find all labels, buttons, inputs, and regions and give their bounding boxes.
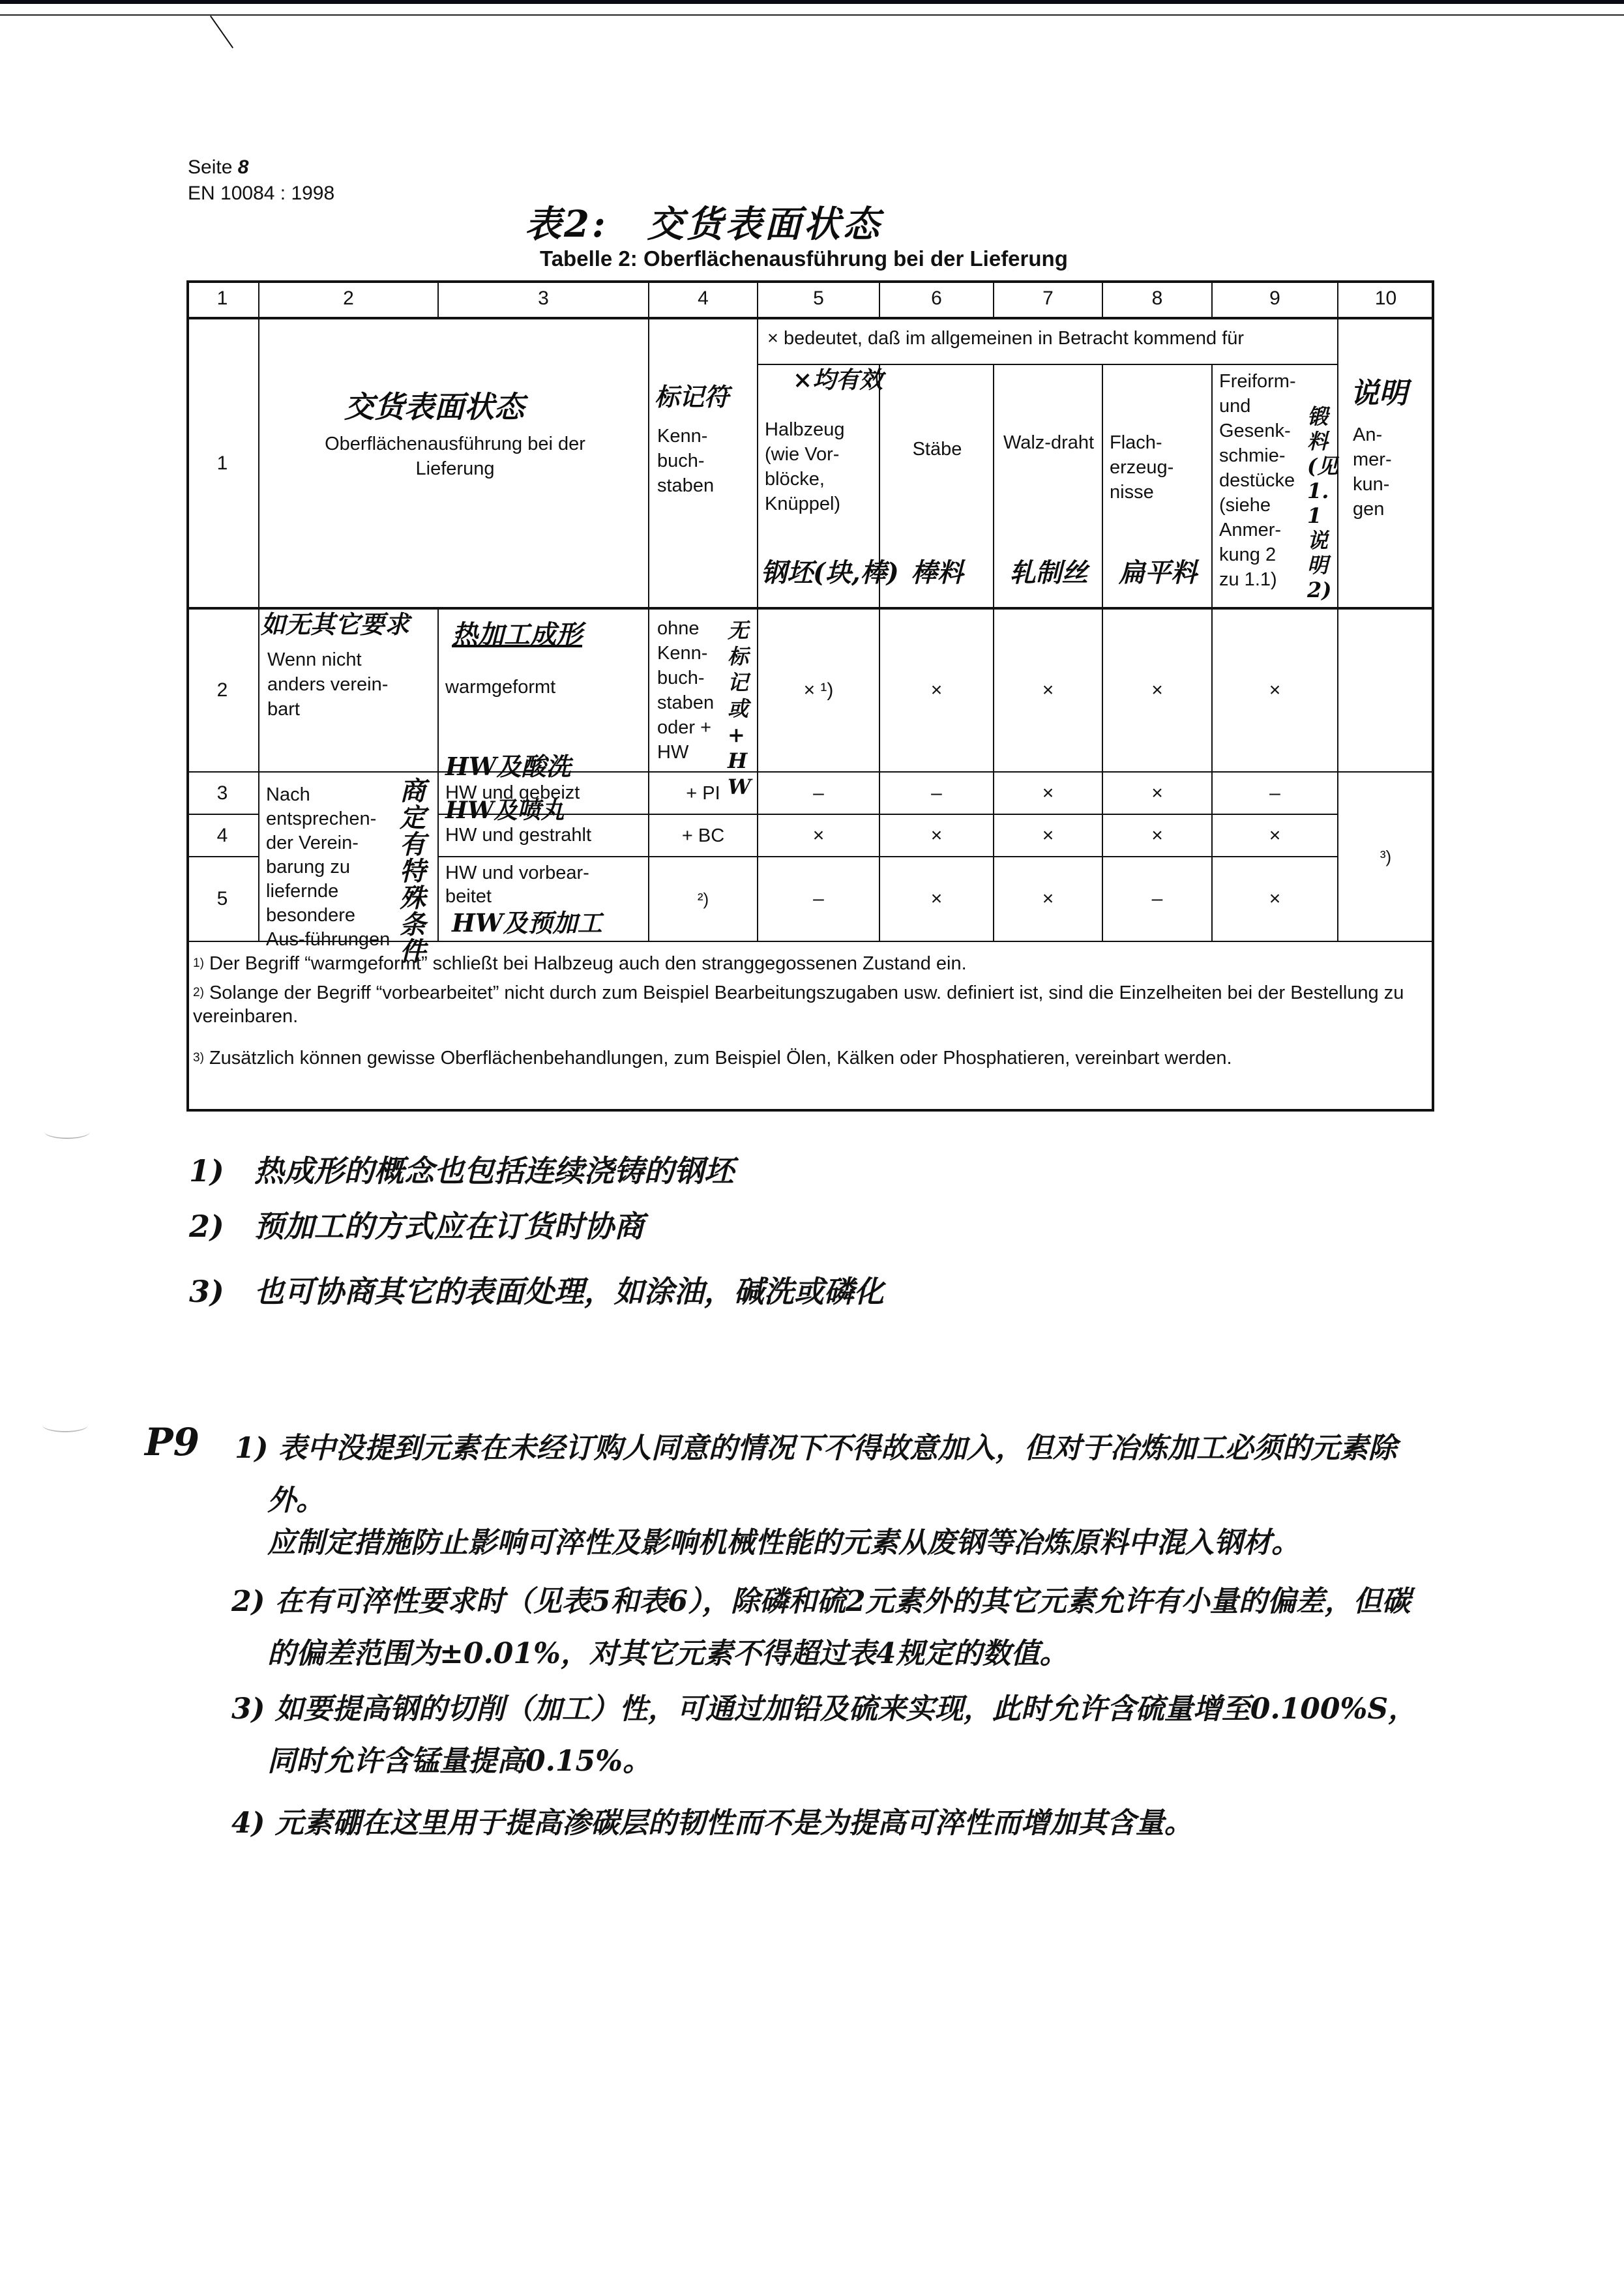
product-name-cn: 钢坯(块,棒)	[761, 561, 878, 585]
applicability-mark: –	[1103, 857, 1213, 942]
row-number: 4	[186, 815, 259, 857]
applicability-mark: ×	[994, 773, 1103, 815]
applicability-mark: ×	[1103, 815, 1213, 857]
product-name-de: Halbzeug (wie Vor-blöcke, Knüppel)	[765, 417, 874, 516]
footnote: 2) Solange der Begriff “vorbearbeitet” n…	[193, 981, 1425, 1028]
column-number: 2	[259, 280, 439, 319]
surface-cn: HW及预加工	[452, 911, 602, 936]
symbol-bc: + BC	[649, 815, 758, 857]
symbol-de: ohne Kenn-buch-staben oder + HW	[657, 616, 729, 765]
p9-note: 2) 在有可淬性要求时（见表5和表6），除磷和硫2元素外的其它元素允许有小量的偏…	[231, 1578, 1411, 1619]
product-header: Walz-draht轧制丝	[994, 365, 1103, 610]
row-number: 2	[186, 610, 259, 773]
table-title: Tabelle 2: Oberflächenausführung bei der…	[540, 246, 1068, 271]
header-remarks: 说明 An-mer-kun-gen	[1338, 319, 1434, 610]
surface-de: HW und vorbear-beitet	[445, 861, 595, 908]
applicability-mark: ×	[880, 610, 994, 773]
column-number: 1	[186, 280, 259, 319]
p9-note: 应制定措施防止影响可淬性及影响机械性能的元素从废钢等冶炼原料中混入钢材。	[267, 1519, 1300, 1561]
condition-default-de: Wenn nicht anders verein-bart	[267, 647, 404, 722]
header-surface-finish: 交货表面状态 Oberflächenausführung bei der Lie…	[259, 319, 649, 610]
punch-hole-mark	[42, 1418, 88, 1432]
product-name-de: Stäbe	[887, 437, 988, 462]
header-remarks-cn: 说明	[1350, 381, 1408, 406]
condition-special: Nach entsprechen-der Verein-barung zu li…	[259, 773, 439, 942]
standard-id: EN 10084 : 1998	[188, 183, 334, 205]
applicability-mark: –	[1213, 773, 1338, 815]
header-surface-de: Oberflächenausführung bei der Lieferung	[318, 432, 592, 481]
footnote-text: Solange der Begriff “vorbearbeitet” nich…	[193, 982, 1404, 1027]
condition-special-de: Nach entsprechen-der Verein-barung zu li…	[266, 783, 396, 952]
column-number: 8	[1103, 280, 1213, 319]
product-header: Halbzeug (wie Vor-blöcke, Knüppel)钢坯(块,棒…	[758, 365, 880, 610]
condition-special-cn: 商定有特殊条件	[400, 778, 430, 965]
header-symbol-de: Kenn-buch-staben	[657, 424, 729, 498]
table-title-cn: 表2: 交货表面状态	[525, 196, 882, 248]
product-header: Freiform- und Gesenk-schmie-destücke (si…	[1213, 365, 1338, 610]
remarks-footnote-3: ³)	[1338, 773, 1434, 942]
applicability-mark: ×	[758, 815, 880, 857]
row-number: 1	[186, 319, 259, 610]
surface-condition-table: 12345678910 1 交货表面状态 Oberflächenausführu…	[186, 280, 1434, 1112]
column-number: 10	[1338, 280, 1434, 319]
page-number-value: 8	[238, 156, 249, 178]
applicability-mark: ×	[1103, 610, 1213, 773]
remarks-empty	[1338, 610, 1434, 773]
page-number: Seite 8	[188, 156, 248, 179]
x-legend: × bedeutet, daß im allgemeinen in Betrac…	[758, 319, 1338, 365]
column-number: 4	[649, 280, 758, 319]
row-number: 3	[186, 773, 259, 815]
applicability-mark: ×	[994, 857, 1103, 942]
applicability-mark: –	[758, 773, 880, 815]
footnote-mark: 2)	[193, 986, 204, 999]
applicability-mark: × ¹)	[758, 610, 880, 773]
product-name-cn: 锻料(见1.1说明2)	[1307, 404, 1333, 602]
p9-note: 的偏差范围为±0.01%，对其它元素不得超过表4规定的数值。	[267, 1630, 1068, 1672]
scan-scratch-mark	[210, 16, 233, 48]
footnote-text: Der Begriff “warmgeformt” schließt bei H…	[204, 953, 967, 974]
applicability-mark: –	[758, 857, 880, 942]
applicability-mark: ×	[880, 857, 994, 942]
condition-default: 如无其它要求 Wenn nicht anders verein-bart	[259, 610, 439, 773]
p9-note: 外。	[267, 1477, 325, 1518]
surface-blasted: HW及喷丸 HW und gestrahlt	[439, 815, 649, 857]
condition-default-cn: 如无其它要求	[261, 612, 409, 637]
product-name-de: Flach-erzeug-nisse	[1110, 430, 1206, 505]
product-name-cn: 扁平料	[1106, 561, 1210, 585]
page-ref-p9: P9	[145, 1420, 199, 1464]
footnote-mark: 3)	[193, 1051, 204, 1065]
product-name-cn: 轧制丝	[997, 561, 1100, 585]
header-surface-cn: 交货表面状态	[344, 394, 524, 419]
handwritten-note: 1) 热成形的概念也包括连续浇铸的钢坯	[189, 1147, 734, 1190]
column-number: 6	[880, 280, 994, 319]
p9-note: 3) 如要提高钢的切削（加工）性，可通过加铅及硫来实现，此时允许含硫量增至0.1…	[231, 1685, 1417, 1727]
product-name-de: Walz-draht	[1001, 430, 1097, 455]
surface-cn: HW及酸洗	[445, 754, 571, 779]
footnote: 3) Zusätzlich können gewisse Oberflächen…	[193, 1046, 1425, 1070]
column-number: 9	[1213, 280, 1338, 319]
column-number: 7	[994, 280, 1103, 319]
p9-note: 1) 表中没提到元素在未经订购人同意的情况下不得故意加入，但对于冶炼加工必须的元…	[235, 1424, 1397, 1466]
handwritten-note: 3) 也可协商其它的表面处理，如涂油，碱洗或磷化	[189, 1268, 884, 1311]
header-symbol-cn: 标记符	[655, 385, 729, 409]
product-name-cn: 棒料	[883, 561, 992, 585]
column-number: 5	[758, 280, 880, 319]
surface-cn: 热加工成形	[452, 623, 582, 647]
applicability-mark: ×	[1213, 610, 1338, 773]
applicability-mark: –	[880, 773, 994, 815]
applicability-mark: ×	[1103, 773, 1213, 815]
applicability-mark: ×	[994, 610, 1103, 773]
product-header: Flach-erzeug-nisse扁平料	[1103, 365, 1213, 610]
surface-de: warmgeformt	[445, 675, 555, 700]
column-number: 3	[439, 280, 649, 319]
surface-warmgeformt: 热加工成形 warmgeformt	[439, 610, 649, 773]
scan-top-edge	[0, 0, 1624, 16]
handwritten-note: 2) 预加工的方式应在订货时协商	[189, 1203, 644, 1246]
surface-premachined: HW und vorbear-beitet HW及预加工	[439, 857, 649, 942]
applicability-mark: ×	[880, 815, 994, 857]
header-remarks-de: An-mer-kun-gen	[1353, 422, 1398, 522]
punch-hole-mark	[44, 1125, 90, 1139]
applicability-mark: ×	[994, 815, 1103, 857]
product-name-de: Freiform- und Gesenk-schmie-destücke (si…	[1219, 369, 1297, 592]
product-header: Stäbe棒料	[880, 365, 994, 610]
surface-de: HW und gestrahlt	[445, 823, 591, 848]
symbol-footnote-2: ²)	[649, 857, 758, 942]
applicability-mark: ×	[1213, 857, 1338, 942]
row-number: 5	[186, 857, 259, 942]
footnote-text: Zusätzlich können gewisse Oberflächenbeh…	[204, 1048, 1232, 1069]
header-symbol: 标记符 Kenn-buch-staben	[649, 319, 758, 610]
symbol-hw: ohne Kenn-buch-staben oder + HW 无标记或 +HW	[649, 610, 758, 773]
footnote-mark: 1)	[193, 956, 204, 970]
applicability-mark: ×	[1213, 815, 1338, 857]
surface-cn: HW及喷丸	[445, 798, 564, 823]
p9-note: 4) 元素硼在这里用于提高渗碳层的韧性而不是为提高可淬性而增加其含量。	[231, 1799, 1193, 1841]
footnote: 1) Der Begriff “warmgeformt” schließt be…	[193, 952, 1425, 975]
p9-note: 同时允许含锰量提高0.15%。	[267, 1737, 651, 1779]
symbol-pi: + PI	[649, 773, 758, 815]
